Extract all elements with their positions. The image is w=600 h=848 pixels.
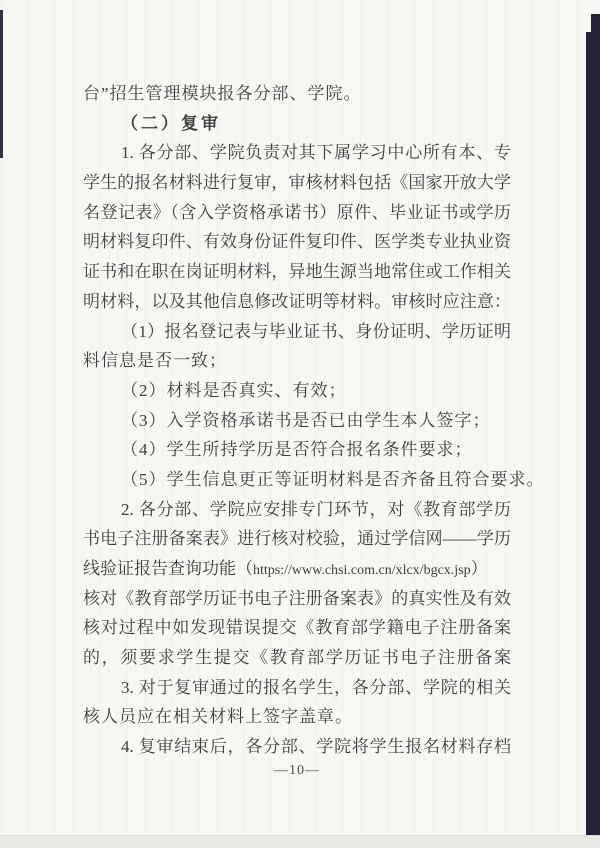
document-line-3: 1. 各分部、学院负责对其下属学习中心所有本、专科 xyxy=(83,138,511,168)
document-line-18: 核对《教育部学历证书电子注册备案表》的真实性及有效性。 xyxy=(83,584,511,614)
document-line-5: 名登记表》（含入学资格承诺书）原件、毕业证书或学历证 xyxy=(83,198,511,228)
page-bottom-shadow xyxy=(0,835,600,848)
document-line-14: （5）学生信息更正等证明材料是否齐备且符合要求。 xyxy=(83,465,511,495)
document-line-4: 学生的报名材料进行复审，审核材料包括《国家开放大学报 xyxy=(83,168,511,198)
document-line-21: 3. 对于复审通过的报名学生，各分部、学院的相关审 xyxy=(83,673,511,703)
document-line-8: 明材料，以及其他信息修改证明等材料。审核时应注意： xyxy=(83,287,511,317)
document-page: 台”招生管理模块报各分部、学院。 （二）复审 1. 各分部、学院负责对其下属学习… xyxy=(0,0,600,848)
document-line-10: 料信息是否一致； xyxy=(83,346,511,376)
document-line-11: （2）材料是否真实、有效； xyxy=(83,376,511,406)
document-line-12: （3）入学资格承诺书是否已由学生本人签字； xyxy=(83,406,511,436)
scan-edge-left-mark xyxy=(0,10,3,158)
scan-edge-right-notch xyxy=(586,14,591,32)
document-line-23: 4. 复审结束后，各分部、学院将学生报名材料存档并 xyxy=(83,732,511,762)
document-line-19: 核对过程中如发现错误提交《教育部学籍电子注册备案表》 xyxy=(83,613,511,643)
document-line-22: 核人员应在相关材料上签字盖章。 xyxy=(83,702,511,732)
url-line-prefix: 线验证报告查询功能（ xyxy=(83,559,253,578)
document-line-1: 台”招生管理模块报各分部、学院。 xyxy=(83,79,511,109)
document-line-7: 证书和在职在岗证明材料，异地生源当地常住或工作相关证 xyxy=(83,257,511,287)
document-line-9: （1）报名登记表与毕业证书、身份证明、学历证明材 xyxy=(83,317,511,347)
text-block: 台”招生管理模块报各分部、学院。 （二）复审 1. 各分部、学院负责对其下属学习… xyxy=(83,79,511,762)
document-line-15: 2. 各分部、学院应安排专门环节，对《教育部学历证 xyxy=(83,495,511,525)
document-line-16: 书电子注册备案表》进行核对校验，通过学信网——学历在 xyxy=(83,524,511,554)
url-text: https://www.chsi.com.cn/xlcx/bgcx.jsp xyxy=(253,563,471,578)
document-line-13: （4）学生所持学历是否符合报名条件要求； xyxy=(83,435,511,465)
page-number: —10— xyxy=(83,763,511,779)
section-heading: （二）复审 xyxy=(83,109,511,139)
url-line-suffix: ） xyxy=(471,559,488,578)
document-line-20: 的，须要求学生提交《教育部学历证书电子注册备案表》。 xyxy=(83,643,511,673)
document-line-6: 明材料复印件、有效身份证件复印件、医学类专业执业资格 xyxy=(83,227,511,257)
document-line-17: 线验证报告查询功能（https://www.chsi.com.cn/xlcx/b… xyxy=(83,554,511,584)
scan-edge-right-band xyxy=(586,14,600,835)
